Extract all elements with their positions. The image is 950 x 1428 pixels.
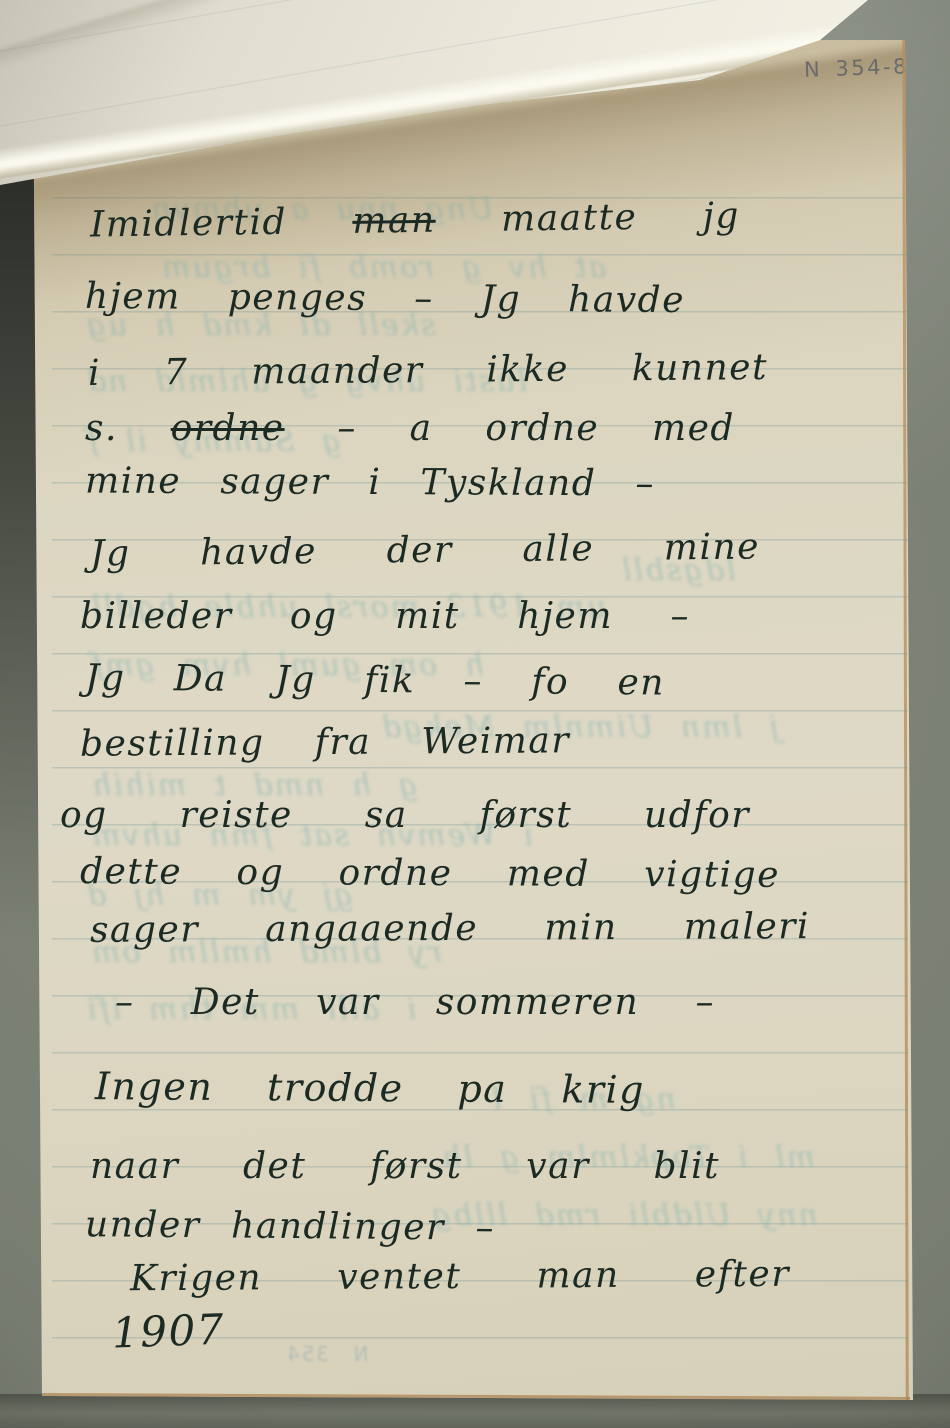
word: angaaende [265, 908, 478, 950]
word: havde [568, 279, 685, 321]
word: Weimar [421, 720, 570, 762]
word: i [88, 353, 101, 394]
word: i [368, 462, 381, 503]
word: – [695, 982, 715, 1023]
word: reiste [180, 795, 293, 836]
word: maleri [684, 906, 810, 948]
manuscript-line: JgDaJgfik–foen [85, 657, 665, 703]
manuscript-line: underhandlinger– [85, 1204, 495, 1249]
word: – [463, 661, 483, 702]
word: alle [522, 528, 594, 570]
word: var [526, 1146, 590, 1187]
manuscript-line: minesageriTyskland– [85, 461, 655, 505]
word: fik [364, 660, 416, 701]
word: krig [561, 1067, 645, 1112]
word: fra [315, 722, 372, 763]
word: Jg [85, 657, 126, 698]
word: Krigen [130, 1257, 262, 1299]
word: jg [702, 195, 740, 237]
word: vigtige [644, 854, 780, 896]
manuscript-line: i7maanderikkekunnet [88, 347, 768, 394]
word: – [475, 1208, 495, 1249]
manuscript-line: Ingentroddepakrig [95, 1064, 645, 1112]
manuscript-line: billederogmithjem– [80, 596, 690, 637]
word: ordne [338, 853, 452, 895]
backdrop-shadow-left [0, 178, 38, 938]
word: Jg [275, 659, 316, 700]
word: Da [174, 658, 228, 699]
word: først [370, 1146, 463, 1187]
word: naar [90, 1146, 179, 1187]
manuscript-line: ogreistesaførstudfor [60, 795, 750, 836]
word: pa [457, 1067, 507, 1111]
word: maatte [501, 197, 638, 240]
manuscript-line: sagerangaaendeminmaleri [90, 906, 810, 951]
word: min [544, 907, 618, 948]
word: udfor [644, 795, 750, 836]
word: 1907 [111, 1305, 226, 1358]
manuscript-line: hjempenges–Jghavde [85, 276, 685, 321]
word: fo [531, 661, 569, 702]
word: handlinger [231, 1205, 445, 1248]
word: – [414, 278, 434, 319]
word: hjem [85, 276, 181, 318]
word: sommeren [436, 982, 639, 1023]
word: – [670, 596, 690, 637]
word: billeder [80, 596, 232, 637]
manuscript-line: Krigenventetmanefter [130, 1254, 790, 1300]
word: mit [395, 596, 460, 637]
word: og [60, 795, 108, 836]
manuscript-line: 1907 [111, 1303, 263, 1357]
word: mine [664, 526, 761, 568]
word: sager [90, 909, 199, 951]
word: først [480, 795, 573, 836]
struck-word: ordne [171, 408, 285, 449]
word: efter [695, 1254, 790, 1296]
word: var [316, 982, 380, 1023]
word: ordne [485, 408, 599, 449]
word: Det [191, 982, 260, 1023]
word: 7 [164, 352, 189, 393]
word: og [236, 852, 284, 893]
word: ikke [486, 349, 569, 391]
word: det [243, 1146, 306, 1187]
word: a [410, 408, 433, 449]
manuscript-line: bestillingfraWeimar [80, 720, 570, 764]
word: havde [200, 531, 317, 573]
word: Tyskland [420, 462, 596, 504]
word: bestilling [80, 722, 265, 764]
word: en [617, 662, 665, 703]
word: man [536, 1255, 620, 1297]
word: maander [251, 350, 424, 393]
manuscript-page: Ung nnu a ubmvnat hv g romb fi brgumskel… [0, 0, 950, 1428]
word: Ingen [95, 1064, 214, 1109]
word: med [507, 853, 590, 894]
word: s. [85, 408, 118, 449]
word: Jg [90, 533, 131, 574]
word: Imidlertid [90, 202, 288, 246]
word: sa [365, 795, 408, 836]
word: og [290, 596, 338, 637]
struck-word: man [352, 200, 436, 242]
word: kunnet [632, 347, 769, 389]
manuscript-line: Jghavdederallemine [90, 526, 760, 574]
word: trodde [267, 1065, 404, 1110]
manuscript-line: naardetførstvarblit [90, 1146, 720, 1187]
manuscript-line: detteogordnemedvigtige [80, 851, 780, 896]
word: – [337, 408, 357, 449]
manuscript-line: –Detvarsommeren– [115, 982, 715, 1023]
word: blit [653, 1146, 720, 1187]
word: dette [80, 851, 182, 893]
bleedthrough-fragment: N 354 [285, 1342, 369, 1366]
word: mine [85, 461, 181, 503]
word: der [386, 530, 452, 572]
word: Jg [481, 279, 522, 320]
word: sager [220, 461, 329, 503]
archival-number: N 354-8 [804, 54, 910, 82]
word: under [85, 1204, 201, 1246]
manuscript-line: s.ordne–aordnemed [85, 408, 735, 449]
word: – [115, 982, 135, 1023]
word: ventet [337, 1256, 461, 1298]
word: hjem [517, 596, 613, 637]
word: – [635, 463, 655, 504]
word: penges [228, 277, 368, 319]
word: med [652, 408, 735, 449]
